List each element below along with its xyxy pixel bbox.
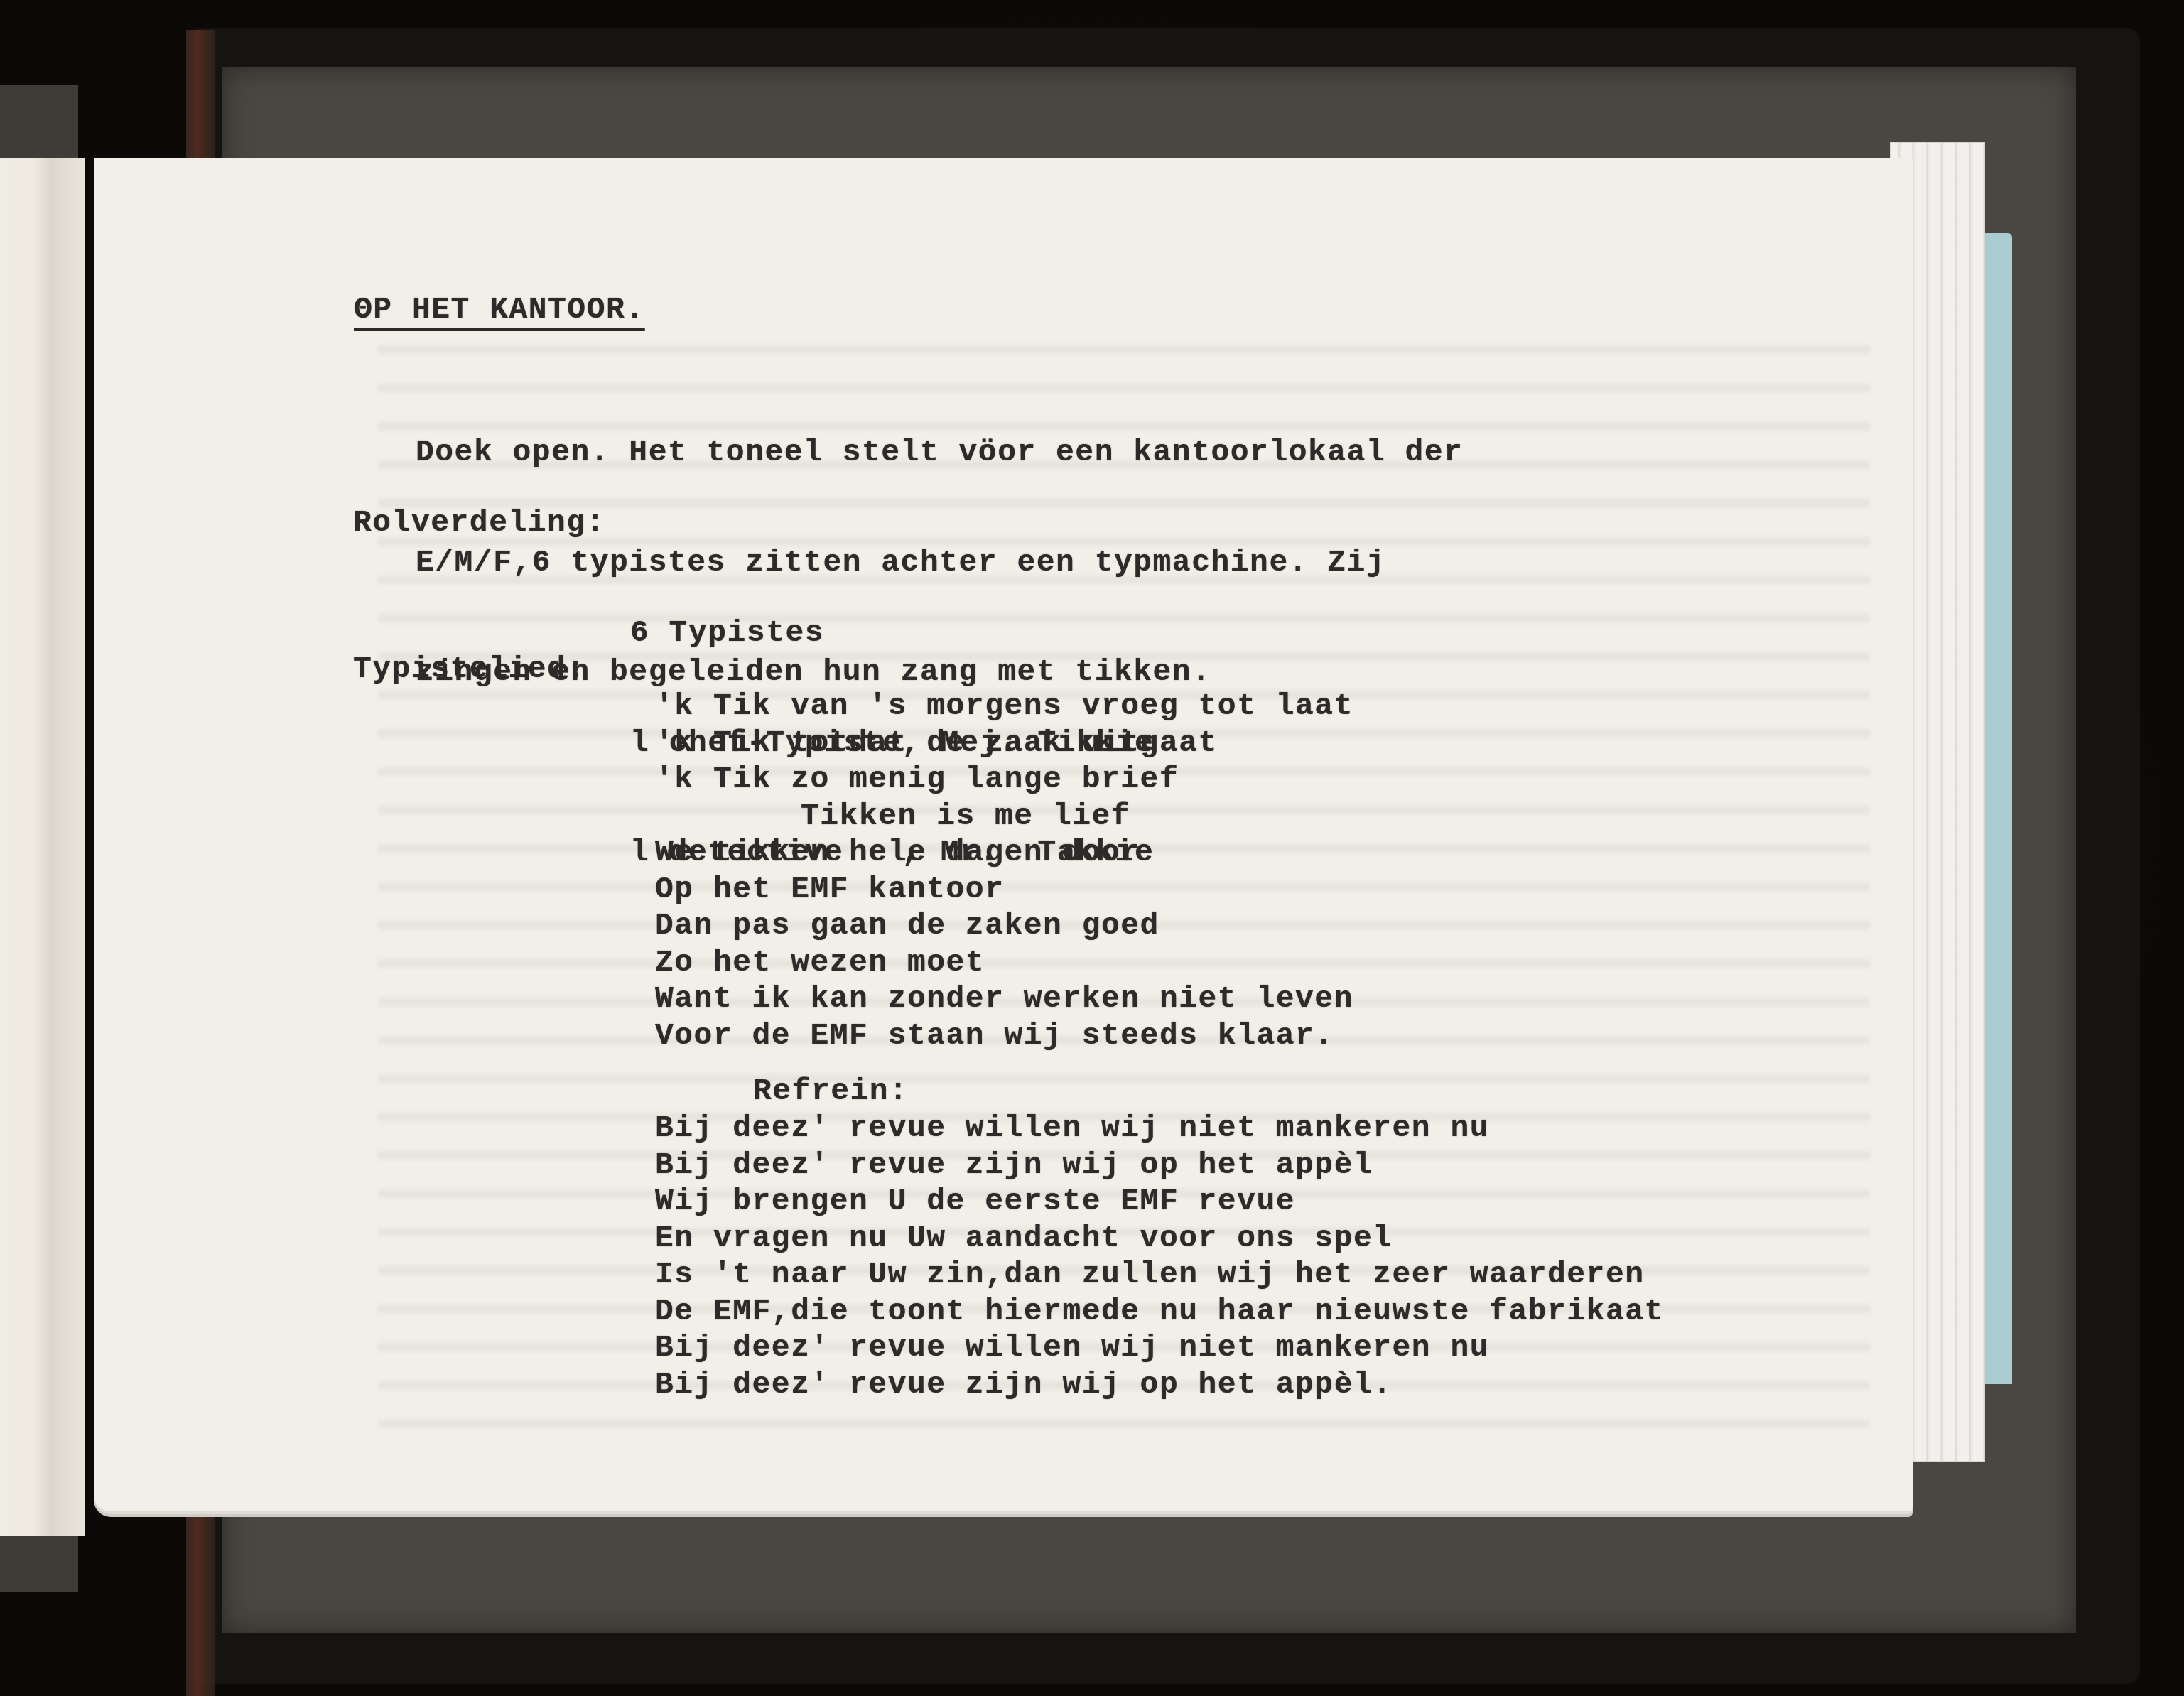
refrain-line: Wij brengen U de eerste EMF revue [655,1183,1664,1220]
refrain-line: Bij deez' revue zijn wij op het appèl [655,1147,1664,1184]
refrain-line: De EMF,die toont hiermede nu haar nieuws… [655,1293,1664,1330]
verse-line: 'k Tik zo menig lange brief [655,761,1353,798]
refrain-line: Bij deez' revue willen wij niet mankeren… [655,1329,1664,1366]
verse-line: Dan pas gaan de zaken goed [655,907,1353,944]
verse-line: We tikken hele dagen door [655,834,1353,871]
cast-label: Rolverdeling: [353,504,605,541]
left-page-edge [0,158,85,1536]
refrain-line: Bij deez' revue zijn wij op het appèl. [655,1366,1664,1403]
verse-line: 'k Tik van 's morgens vroeg tot laat [655,688,1353,725]
verse-line: Zo het wezen moet [655,944,1353,981]
verse-line: Voor de EMF staan wij steeds klaar. [655,1017,1353,1054]
page-title: ΘP HET KANTOOR. [354,291,645,328]
song-label: Typistelied: [353,651,586,688]
refrain-line: Bij deez' revue willen wij niet mankeren… [655,1110,1664,1147]
song-refrain: Bij deez' revue willen wij niet mankeren… [655,1110,1664,1403]
refrain-line: Is 't naar Uw zin,dan zullen wij het zee… [655,1256,1664,1293]
verse-line: Want ik kan zonder werken niet leven [655,981,1353,1017]
cast-item: 6 Typistes [630,615,1154,652]
refrain-line: En vragen nu Uw aandacht voor ons spel [655,1220,1664,1257]
verse-line: Tikken is me lief [655,798,1353,835]
intro-line: Doek open. Het toneel stelt vöor een kan… [416,434,1463,471]
refrain-label: Refrein: [753,1073,908,1110]
verse-line: Op het EMF kantoor [655,871,1353,908]
blue-divider-tab [1982,233,2012,1384]
verse-line: 'k Tik totdat de zaak uitgaat [655,725,1353,762]
song-verse: 'k Tik van 's morgens vroeg tot laat'k T… [655,688,1353,1054]
